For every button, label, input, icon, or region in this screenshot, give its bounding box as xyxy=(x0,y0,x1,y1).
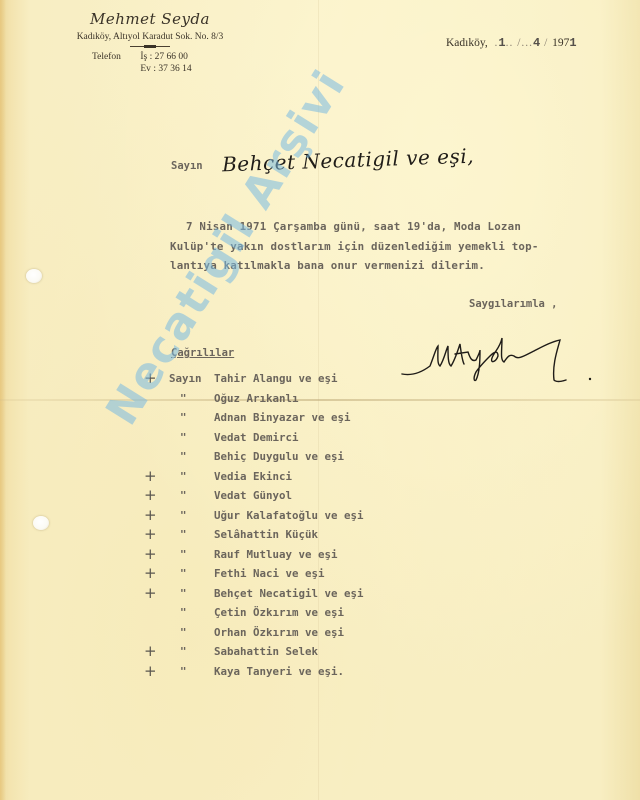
horizontal-fold-line xyxy=(0,399,640,401)
ditto-mark: " xyxy=(180,431,187,444)
letterhead-address: Kadıköy, Altıyol Karadut Sok. No. 8/3 xyxy=(50,32,250,42)
ditto-mark: " xyxy=(180,470,187,483)
guest-name: Oğuz Arıkanlı xyxy=(214,392,299,405)
home-phone-number: 37 36 14 xyxy=(158,64,191,74)
guest-name: Sabahattin Selek xyxy=(214,645,318,658)
punch-hole-bottom xyxy=(33,516,49,530)
date-place: Kadıköy, xyxy=(446,37,488,49)
check-mark-icon: + xyxy=(144,584,157,602)
ditto-mark: " xyxy=(180,392,187,405)
date-year-prefix: 197 xyxy=(552,37,569,49)
date-year-suffix: 1 xyxy=(569,36,576,50)
check-mark-icon: + xyxy=(144,486,157,504)
work-phone-row: Telefon İş : 27 66 00 xyxy=(92,51,250,63)
check-mark-icon: + xyxy=(144,564,157,582)
guest-name: Adnan Binyazar ve eşi xyxy=(214,411,351,424)
guest-name: Vedat Günyol xyxy=(214,489,292,502)
check-mark-icon: + xyxy=(144,506,157,524)
dateline: Kadıköy, .1.. /...4 / 1971 xyxy=(446,36,577,50)
work-phone-number: 27 66 00 xyxy=(155,52,188,62)
ditto-mark: " xyxy=(180,567,187,580)
home-phone-row: Ev : 37 36 14 xyxy=(92,63,250,75)
phone-label: Telefon xyxy=(92,51,138,63)
letterhead-phones: Telefon İş : 27 66 00 Ev : 37 36 14 xyxy=(50,51,250,75)
guest-name: Vedat Demirci xyxy=(214,431,299,444)
punch-hole-top xyxy=(26,269,42,283)
ditto-mark: " xyxy=(180,665,187,678)
guest-name: Fethi Naci ve eşi xyxy=(214,567,325,580)
guest-name: Selâhattin Küçük xyxy=(214,528,318,541)
ditto-mark: " xyxy=(180,645,187,658)
check-mark-icon: + xyxy=(144,467,157,485)
guest-name: Uğur Kalafatoğlu ve eşi xyxy=(214,509,364,522)
guest-name: Vedia Ekinci xyxy=(214,470,292,483)
ditto-mark: " xyxy=(180,509,187,522)
home-phone-label: Ev xyxy=(140,64,151,74)
check-mark-icon: + xyxy=(144,525,157,543)
letterhead: Mehmet Seyda Kadıköy, Altıyol Karadut So… xyxy=(50,8,250,75)
signature xyxy=(400,326,600,386)
guest-name: Orhan Özkırım ve eşi xyxy=(214,626,344,639)
check-mark-icon: + xyxy=(144,642,157,660)
guest-name: Behiç Duygulu ve eşi xyxy=(214,450,344,463)
check-mark-icon: + xyxy=(144,662,157,680)
guest-name: Çetin Özkırım ve eşi xyxy=(214,606,344,619)
ditto-mark: " xyxy=(180,626,187,639)
ditto-mark: " xyxy=(180,528,187,541)
ditto-mark: " xyxy=(180,411,187,424)
closing: Saygılarımla , xyxy=(469,298,558,310)
ditto-mark: " xyxy=(180,489,187,502)
letterhead-divider xyxy=(130,46,170,47)
letterhead-name: Mehmet Seyda xyxy=(50,10,250,28)
guest-name: Behçet Necatigil ve eşi xyxy=(214,587,364,600)
date-day: 1 xyxy=(498,36,505,50)
salutation-typed: Sayın xyxy=(171,160,203,172)
ditto-mark: " xyxy=(180,606,187,619)
guest-name: Tahir Alangu ve eşi xyxy=(214,372,338,385)
work-phone-label: İş xyxy=(140,52,147,62)
guest-name: Rauf Mutluay ve eşi xyxy=(214,548,338,561)
ditto-mark: " xyxy=(180,548,187,561)
check-mark-icon: + xyxy=(144,545,157,563)
ditto-mark: " xyxy=(180,587,187,600)
guest-name: Kaya Tanyeri ve eşi. xyxy=(214,665,344,678)
ditto-mark: " xyxy=(180,450,187,463)
